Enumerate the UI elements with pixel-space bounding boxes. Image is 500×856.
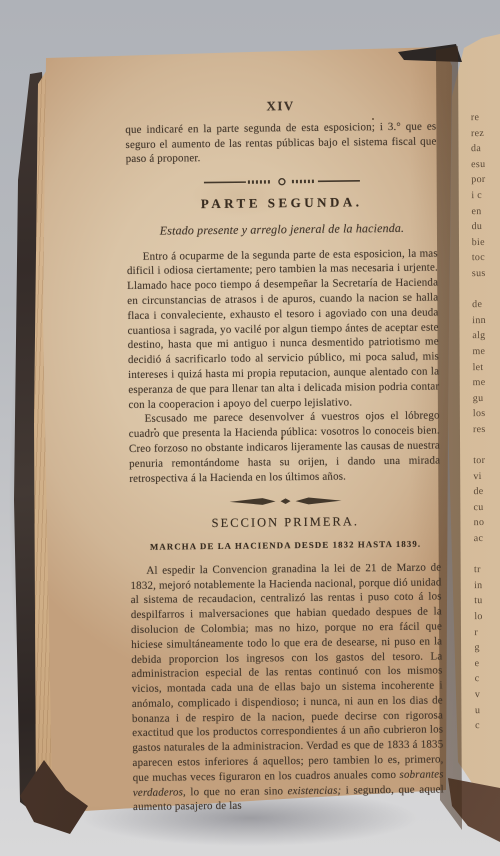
section-heading: SECCION PRIMERA. <box>130 514 441 532</box>
ornament-diamond-icon <box>129 492 440 510</box>
section-subtitle: MARCHA DE LA HACIENDA DESDE 1832 HASTA 1… <box>130 536 441 554</box>
part-subtitle: Estado presente y arreglo jeneral de la … <box>126 220 437 238</box>
ornament-rule-icon <box>126 173 437 191</box>
continuation-paragraph: que indicaré en la parte segunda de esta… <box>125 119 436 167</box>
photo-background: XIV que indicaré en la parte segunda de … <box>0 0 500 856</box>
printed-page-text: XIV que indicaré en la parte segunda de … <box>125 97 444 815</box>
body-paragraph-1: Entro á ocuparme de la segunda parte de … <box>127 246 440 412</box>
section-paragraph: Al espedir la Convencion granadina la le… <box>130 560 444 815</box>
part-heading: PARTE SEGUNDA. <box>126 194 437 212</box>
page-number: XIV <box>125 97 436 115</box>
facing-page-text-fragments: rerezdaesupori cendubietocsus deinnalgme… <box>471 110 500 750</box>
body-paragraph-2: Escusado me parece desenvolver á vuestro… <box>129 409 441 487</box>
